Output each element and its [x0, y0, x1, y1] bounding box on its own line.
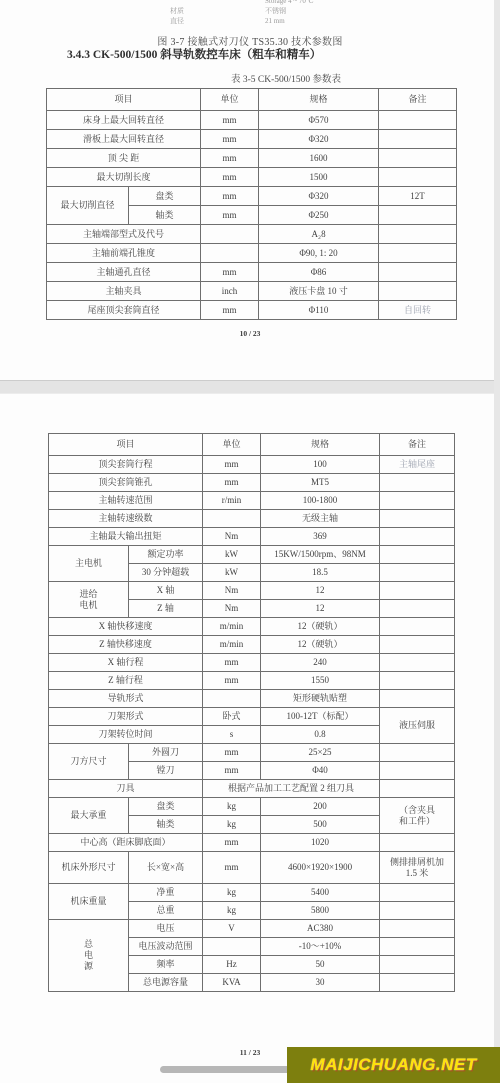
table-cell: Φ40 — [261, 762, 380, 780]
table-cell: 25×25 — [261, 744, 380, 762]
table-cell: mm — [203, 672, 261, 690]
table-cell — [203, 690, 261, 708]
table-cell: 最大切削直径 — [47, 187, 129, 225]
table-cell: m/min — [203, 636, 261, 654]
table-cell: AC380 — [261, 920, 380, 938]
table-cell — [380, 672, 455, 690]
table-cell — [380, 600, 455, 618]
table-cell: mm — [201, 130, 259, 149]
table-cell: 刀架转位时间 — [49, 726, 203, 744]
table-cell — [380, 938, 455, 956]
table-cell: （含夹具和工件） — [380, 798, 455, 834]
table-cell — [380, 834, 455, 852]
table-cell: 100-12T（标配） — [261, 708, 380, 726]
table-cell: mm — [203, 762, 261, 780]
table-cell — [203, 510, 261, 528]
table-cell: 主轴通孔直径 — [47, 263, 201, 282]
table-cell: 1550 — [261, 672, 380, 690]
table-cell — [379, 225, 457, 244]
table-cell: 最大切削长度 — [47, 168, 201, 187]
table-cell — [380, 546, 455, 564]
table-cell: 项目 — [47, 89, 201, 111]
spec-table-page2: 项目单位规格备注顶尖套筒行程mm100主轴尾座顶尖套筒锥孔mmMT5主轴转速范围… — [48, 433, 455, 992]
page-gap — [0, 380, 500, 394]
table-cell: kg — [203, 884, 261, 902]
table-cell: mm — [203, 654, 261, 672]
table-cell: 15KW/1500rpm、98NM — [261, 546, 380, 564]
table-cell: mm — [201, 111, 259, 130]
table-cell: mm — [203, 456, 261, 474]
table-cell: kg — [203, 816, 261, 834]
table-cell: kg — [203, 798, 261, 816]
table-cell: KVA — [203, 974, 261, 992]
table-cell: 项目 — [49, 434, 203, 456]
section-heading: 3.4.3 CK-500/1500 斜导轨数控车床（粗车和精车） — [67, 46, 321, 62]
page-number: 10 / 23 — [0, 329, 500, 338]
table-cell — [380, 690, 455, 708]
table-cell — [201, 225, 259, 244]
table-cell — [380, 510, 455, 528]
table-cell: mm — [203, 744, 261, 762]
table-cell: 单位 — [201, 89, 259, 111]
table-cell: 频率 — [129, 956, 203, 974]
table-cell: mm — [203, 834, 261, 852]
table-cell — [380, 492, 455, 510]
table-cell: 尾座顶尖套筒直径 — [47, 301, 201, 320]
table-cell: Nm — [203, 528, 261, 546]
table-cell — [380, 654, 455, 672]
table-cell — [201, 244, 259, 263]
table-cell: mm — [201, 187, 259, 206]
watermark: MAIJICHUANG.NET — [287, 1047, 500, 1083]
table-cell: 盘类 — [129, 187, 201, 206]
table-cell: 主轴转速级数 — [49, 510, 203, 528]
table-cell — [380, 762, 455, 780]
table-cell: A₂8 — [259, 225, 379, 244]
table-cell: 刀架形式 — [49, 708, 203, 726]
table-cell: 卧式 — [203, 708, 261, 726]
table-cell: Nm — [203, 582, 261, 600]
table-caption: 表 3-5 CK-500/1500 参数表 — [66, 71, 500, 85]
table-cell: 净重 — [129, 884, 203, 902]
table-cell: 自回转 — [379, 301, 457, 320]
table-cell: 盘类 — [129, 798, 203, 816]
table-cell: 液压伺服 — [380, 708, 455, 744]
table-cell: 总重 — [129, 902, 203, 920]
table-cell: 5400 — [261, 884, 380, 902]
table-cell: 主电机 — [49, 546, 129, 582]
table-cell: 18.5 — [261, 564, 380, 582]
table-cell: kg — [203, 902, 261, 920]
table-cell: kW — [203, 564, 261, 582]
figure-spec-label: 材质 — [170, 7, 184, 16]
table-cell: 100-1800 — [261, 492, 380, 510]
table-cell: 长×宽×高 — [129, 852, 203, 884]
table-cell: 369 — [261, 528, 380, 546]
table-cell: 机床重量 — [49, 884, 129, 920]
table-cell: mm — [201, 206, 259, 225]
table-cell — [379, 168, 457, 187]
table-cell — [380, 780, 455, 798]
table-cell: 12 — [261, 600, 380, 618]
table-cell: 刀方尺寸 — [49, 744, 129, 780]
table-cell: 轴类 — [129, 206, 201, 225]
table-cell: 5800 — [261, 902, 380, 920]
table-cell: 滑板上最大回转直径 — [47, 130, 201, 149]
table-cell: 进给电机 — [49, 582, 129, 618]
table-cell — [379, 149, 457, 168]
table-cell: 主轴最大输出扭矩 — [49, 528, 203, 546]
table-cell: 30 — [261, 974, 380, 992]
table-cell — [379, 130, 457, 149]
table-cell — [379, 206, 457, 225]
table-cell: Φ250 — [259, 206, 379, 225]
table-cell: 机床外形尺寸 — [49, 852, 129, 884]
table-cell: 30 分钟超载 — [129, 564, 203, 582]
table-cell: Φ110 — [259, 301, 379, 320]
table-cell: 根据产品加工工艺配置 2 组刀具 — [203, 780, 380, 798]
table-cell: 12（硬轨） — [261, 618, 380, 636]
table-cell — [380, 920, 455, 938]
figure-spec-value: 不锈钢 — [265, 7, 286, 16]
table-cell — [380, 618, 455, 636]
table-cell: 100 — [261, 456, 380, 474]
table-cell: 4600×1920×1900 — [261, 852, 380, 884]
table-cell: 1020 — [261, 834, 380, 852]
table-cell: 总电源 — [49, 920, 129, 992]
table-cell: 外圆刀 — [129, 744, 203, 762]
table-cell: 镗刀 — [129, 762, 203, 780]
table-cell — [380, 956, 455, 974]
table-cell — [380, 636, 455, 654]
table-cell: Z 轴 — [129, 600, 203, 618]
table-cell: 200 — [261, 798, 380, 816]
table-cell: MT5 — [261, 474, 380, 492]
table-cell — [380, 974, 455, 992]
table-cell: X 轴行程 — [49, 654, 203, 672]
table-cell: 顶尖套筒锥孔 — [49, 474, 203, 492]
table-cell: 12（硬轨） — [261, 636, 380, 654]
table-cell: 轴类 — [129, 816, 203, 834]
table-cell: 1500 — [259, 168, 379, 187]
table-cell: 额定功率 — [129, 546, 203, 564]
table-cell — [379, 263, 457, 282]
table-cell — [380, 902, 455, 920]
table-cell: 500 — [261, 816, 380, 834]
table-cell: 12T — [379, 187, 457, 206]
document-viewer: Storage 4 ~ 70℃ 材质 不锈钢 直径 21 mm 图 3-7 接触… — [0, 0, 500, 1083]
table-cell: mm — [201, 168, 259, 187]
table-cell: 刀具 — [49, 780, 203, 798]
table-cell: r/min — [203, 492, 261, 510]
table-cell: 1600 — [259, 149, 379, 168]
table-cell: Φ570 — [259, 111, 379, 130]
table-cell: 12 — [261, 582, 380, 600]
table-cell: Z 轴快移速度 — [49, 636, 203, 654]
table-cell — [380, 744, 455, 762]
table-cell — [380, 474, 455, 492]
table-cell: 顶 尖 距 — [47, 149, 201, 168]
table-cell: 液压卡盘 10 寸 — [259, 282, 379, 301]
table-cell — [379, 111, 457, 130]
table-cell: 单位 — [203, 434, 261, 456]
table-cell: s — [203, 726, 261, 744]
table-cell: 主轴前端孔锥度 — [47, 244, 201, 263]
table-cell: 顶尖套筒行程 — [49, 456, 203, 474]
table-cell: X 轴快移速度 — [49, 618, 203, 636]
table-cell — [203, 938, 261, 956]
table-cell: 规格 — [259, 89, 379, 111]
table-cell — [380, 884, 455, 902]
table-cell: 最大承重 — [49, 798, 129, 834]
table-cell: mm — [201, 263, 259, 282]
table-cell: m/min — [203, 618, 261, 636]
table-cell: 主轴夹具 — [47, 282, 201, 301]
table-cell: Φ320 — [259, 130, 379, 149]
table-cell — [380, 564, 455, 582]
table-cell: 床身上最大回转直径 — [47, 111, 201, 130]
table-cell: 备注 — [379, 89, 457, 111]
figure-spec-value: Storage 4 ~ 70℃ — [265, 0, 314, 6]
table-cell: 侧排排屑机加1.5 米 — [380, 852, 455, 884]
table-cell: kW — [203, 546, 261, 564]
table-cell: 无级主轴 — [261, 510, 380, 528]
table-cell: inch — [201, 282, 259, 301]
table-cell: -10～+10% — [261, 938, 380, 956]
table-cell: mm — [203, 474, 261, 492]
table-cell — [380, 582, 455, 600]
table-cell: mm — [201, 301, 259, 320]
table-cell: 规格 — [261, 434, 380, 456]
table-cell: Nm — [203, 600, 261, 618]
table-cell: 0.8 — [261, 726, 380, 744]
table-cell: 导轨形式 — [49, 690, 203, 708]
table-cell: Φ86 — [259, 263, 379, 282]
table-cell — [379, 282, 457, 301]
table-cell: 240 — [261, 654, 380, 672]
table-cell — [380, 528, 455, 546]
table-cell: V — [203, 920, 261, 938]
table-cell: 电压 — [129, 920, 203, 938]
table-cell: 主轴尾座 — [380, 456, 455, 474]
page-edge — [494, 0, 500, 1048]
table-cell: 备注 — [380, 434, 455, 456]
table-cell: 矩形硬轨贴塑 — [261, 690, 380, 708]
table-cell: mm — [201, 149, 259, 168]
figure-spec-label: 直径 — [170, 17, 184, 26]
table-cell: Φ320 — [259, 187, 379, 206]
table-cell: 电压波动范围 — [129, 938, 203, 956]
table-cell: 中心高（距床脚底面） — [49, 834, 203, 852]
table-cell: 总电源容量 — [129, 974, 203, 992]
figure-spec-value: 21 mm — [265, 17, 285, 26]
table-cell — [379, 244, 457, 263]
table-cell: 主轴转速范围 — [49, 492, 203, 510]
table-cell: 50 — [261, 956, 380, 974]
table-cell: Z 轴行程 — [49, 672, 203, 690]
table-cell: 主轴端部型式及代号 — [47, 225, 201, 244]
table-cell: Hz — [203, 956, 261, 974]
spec-table-page1: 项目单位规格备注床身上最大回转直径mmΦ570滑板上最大回转直径mmΦ320顶 … — [46, 88, 457, 320]
table-cell: mm — [203, 852, 261, 884]
table-cell: Φ90, 1: 20 — [259, 244, 379, 263]
table-cell: X 轴 — [129, 582, 203, 600]
